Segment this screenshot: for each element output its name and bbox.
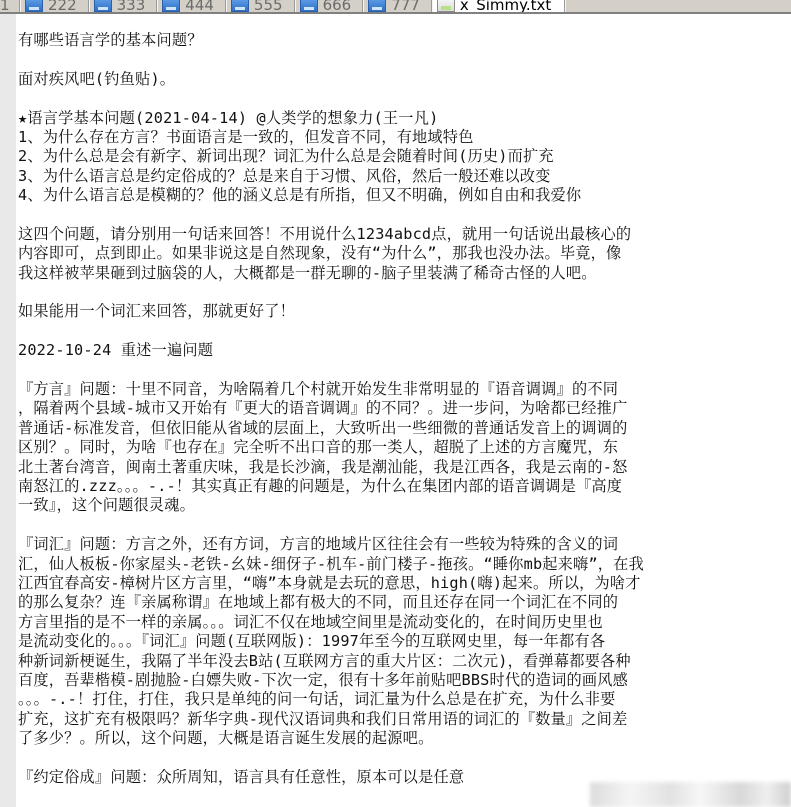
tab-222[interactable]: 222: [21, 0, 90, 12]
file-icon: [25, 0, 43, 12]
section-heading: 2022-10-24 重述一遍问题: [18, 341, 791, 360]
tab-label: 444: [185, 0, 214, 12]
file-icon: [162, 0, 180, 12]
blank-line: [18, 283, 791, 302]
blank-line: [18, 748, 791, 767]
blurred-overlay: [590, 782, 791, 807]
text-line: ，隔着两个县域-城市又开始有『更大的语音调调』的不同？。进一步问，为啥都已经推广: [18, 399, 791, 418]
text-line: 『方言』问题：十里不同音，为啥隔着几个村就开始发生非常明显的『语音调调』的不同: [18, 380, 791, 399]
file-icon: [94, 0, 112, 12]
question-item: 2、为什么总是会有新字、新词出现？词汇为什么总是会随着时间(历史)而扩充: [18, 147, 791, 166]
text-line: 是流动变化的。。。『词汇』问题(互联网版)：1997年至今的互联网史里，每一年都…: [18, 632, 791, 651]
text-line: 了多少？。所以，这个问题，大概是语言诞生发展的起源吧。: [18, 729, 791, 748]
text-line: 种新词新梗诞生，我隔了半年没去B站(互联网方言的重大片区：二次元)，看弹幕都要各…: [18, 652, 791, 671]
text-line: 有哪些语言学的基本问题？: [18, 31, 791, 50]
blank-line: [18, 89, 791, 108]
text-line: 扩充，这扩充有极限吗？新华字典-现代汉语词典和我们日常用语的词汇的『数量』之间差: [18, 710, 791, 729]
text-line: 面对疾风吧(钓鱼贴)。: [18, 70, 791, 89]
tab-label: x_Simmy.txt: [460, 0, 551, 12]
text-line: 。。。-.-！打住，打住，我只是单纯的问一句话，词汇量为什么总是在扩充，为什么非…: [18, 690, 791, 709]
text-file-icon: [437, 0, 455, 12]
question-item: 1、为什么存在方言？书面语言是一致的，但发音不同，有地域特色: [18, 128, 791, 147]
tab-333[interactable]: 333: [90, 0, 159, 12]
text-line: 内容即可，点到即止。如果非说这是自然现象，没有“为什么”，那我也没办法。毕竟，像: [18, 244, 791, 263]
text-line: 方言里指的是不一样的亲属。。。词汇不仅在地域空间里是流动变化的，在时间历史里也: [18, 613, 791, 632]
blank-line: [18, 516, 791, 535]
question-item: 4、为什么语言总是模糊的？他的涵义总是有所指，但又不明确，例如自由和我爱你: [18, 186, 791, 205]
text-line: 北土著台湾音，闽南土著重庆味，我是长沙滴，我是潮汕能，我是江西各，我是云南的-怒: [18, 458, 791, 477]
tab-444[interactable]: 444: [158, 0, 227, 12]
text-line: 南怒江的.zzz。。。-.-！其实真正有趣的问题是，为什么在集团内部的语音调调是…: [18, 477, 791, 496]
tab-555[interactable]: 555: [227, 0, 296, 12]
tab-x-simmy-txt[interactable]: x_Simmy.txt: [433, 0, 566, 12]
tab-1[interactable]: 1: [0, 0, 21, 12]
text-line: 汇，仙人板板-你家屋头-老铁-幺妹-细伢子-机车-前门楼子-拖孩。“睡你mb起来…: [18, 555, 791, 574]
tab-666[interactable]: 666: [296, 0, 365, 12]
text-line: 百度，吾辈楷模-剧抛脸-白嫖失败-下次一定，很有十多年前贴吧BBS时代的造词的画…: [18, 671, 791, 690]
text-line: 这四个问题，请分别用一句话来回答！不用说什么1234abcd点，就用一句话说出最…: [18, 225, 791, 244]
tab-label: 222: [48, 0, 77, 12]
tab-777[interactable]: 777: [364, 0, 433, 12]
text-line: 我这样被苹果砸到过脑袋的人，大概都是一群无聊的-脑子里装满了稀奇古怪的人吧。: [18, 264, 791, 283]
tab-label: 333: [117, 0, 146, 12]
tab-label: 666: [323, 0, 352, 12]
file-icon: [368, 0, 386, 12]
file-icon: [300, 0, 318, 12]
tab-bar: 1 222 333 444 555 666 777 x_Simmy.txt: [0, 0, 791, 14]
text-line: 的那么复杂？连『亲属称谓』在地域上都有极大的不同，而且还存在同一个词汇在不同的: [18, 593, 791, 612]
blank-line: [18, 322, 791, 341]
text-line: 一致』，这个问题很灵魂。: [18, 496, 791, 515]
blank-line: [18, 206, 791, 225]
tab-label: 1: [0, 0, 10, 12]
blank-line: [18, 50, 791, 69]
text-line: 区别？。同时，为啥『也存在』完全听不出口音的那一类人，超脱了上述的方言魔咒，东: [18, 438, 791, 457]
text-line: 普通话-标准发音，但依旧能从省域的层面上，大致听出一些细微的普通话发音上的调调的: [18, 419, 791, 438]
text-line: 如果能用一个词汇来回答，那就更好了！: [18, 302, 791, 321]
file-icon: [231, 0, 249, 12]
text-line: 江西宜春高安-樟树片区方言里，“嗨”本身就是去玩的意思，high(嗨)起来。所以…: [18, 574, 791, 593]
line-gutter: [0, 14, 16, 807]
blank-line: [18, 361, 791, 380]
text-editor[interactable]: 有哪些语言学的基本问题？ 面对疾风吧(钓鱼贴)。 ★语言学基本问题(2021-0…: [16, 14, 791, 807]
tab-label: 555: [254, 0, 283, 12]
tab-label: 777: [391, 0, 420, 12]
question-item: 3、为什么语言总是约定俗成的？总是来自于习惯、风俗，然后一般还难以改变: [18, 167, 791, 186]
section-heading: ★语言学基本问题(2021-04-14) @人类学的想象力(王一凡): [18, 109, 791, 128]
text-line: 『词汇』问题：方言之外，还有方词，方言的地域片区往往会有一些较为特殊的含义的词: [18, 535, 791, 554]
